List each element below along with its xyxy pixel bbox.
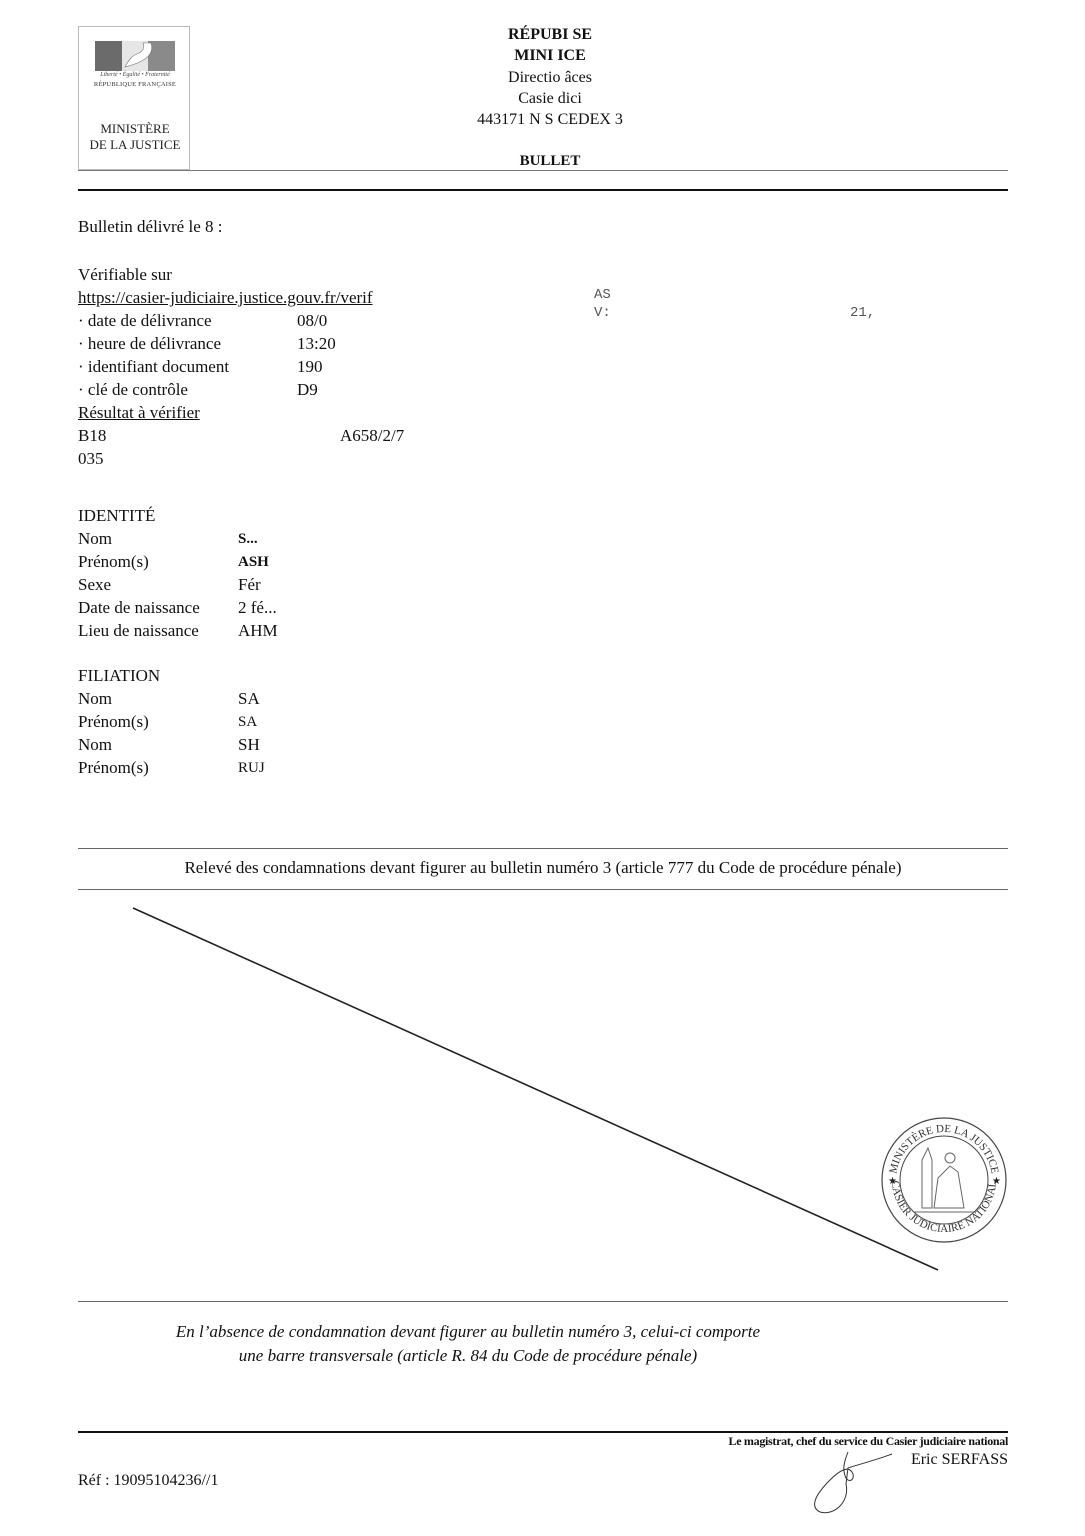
note-line1: En l’absence de condamnation devant figu… — [78, 1322, 858, 1342]
note-top-rule — [78, 1301, 1008, 1302]
seal-top-text: MINISTÈRE DE LA JUSTICE — [887, 1123, 1000, 1175]
signature-name: Eric SERFASS — [911, 1451, 1008, 1469]
casier-judiciaire-seal-icon: MINISTÈRE DE LA JUSTICE CASIER JUDICIAIR… — [878, 1108, 1010, 1252]
svg-text:MINISTÈRE DE LA JUSTICE: MINISTÈRE DE LA JUSTICE — [887, 1123, 1000, 1175]
signature-title: Le magistrat, chef du service du Casier … — [729, 1434, 1009, 1449]
footer-divider — [78, 1431, 1008, 1433]
transversal-bar — [0, 0, 1085, 1536]
svg-text:★: ★ — [992, 1176, 1001, 1187]
note-line2: une barre transversale (article R. 84 du… — [78, 1346, 858, 1366]
handwritten-signature-icon — [800, 1448, 900, 1518]
svg-text:★: ★ — [888, 1176, 897, 1187]
reference-number: Réf : 19095104236//1 — [78, 1472, 218, 1490]
